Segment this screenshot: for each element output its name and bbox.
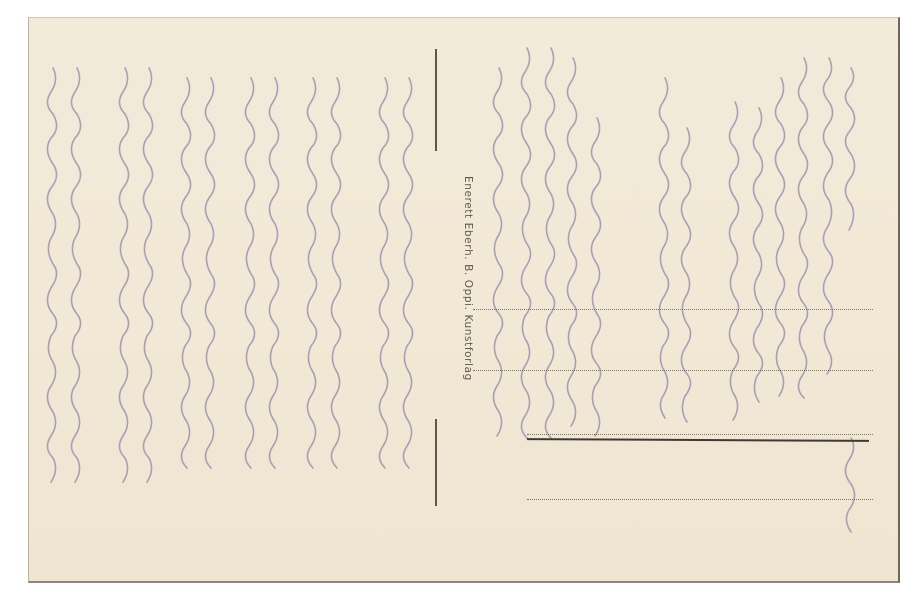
center-divider-bottom [435,419,437,506]
address-line-4 [527,499,873,500]
address-line-3 [527,434,873,435]
address-line-2 [473,370,873,371]
publisher-credit: Enerett Eberh. B. Oppi. Kunstforlag [462,176,474,381]
address-line-1 [473,309,873,310]
postcard-back: Enerett Eberh. B. Oppi. Kunstforlag [28,17,900,583]
center-divider-top [435,49,437,151]
